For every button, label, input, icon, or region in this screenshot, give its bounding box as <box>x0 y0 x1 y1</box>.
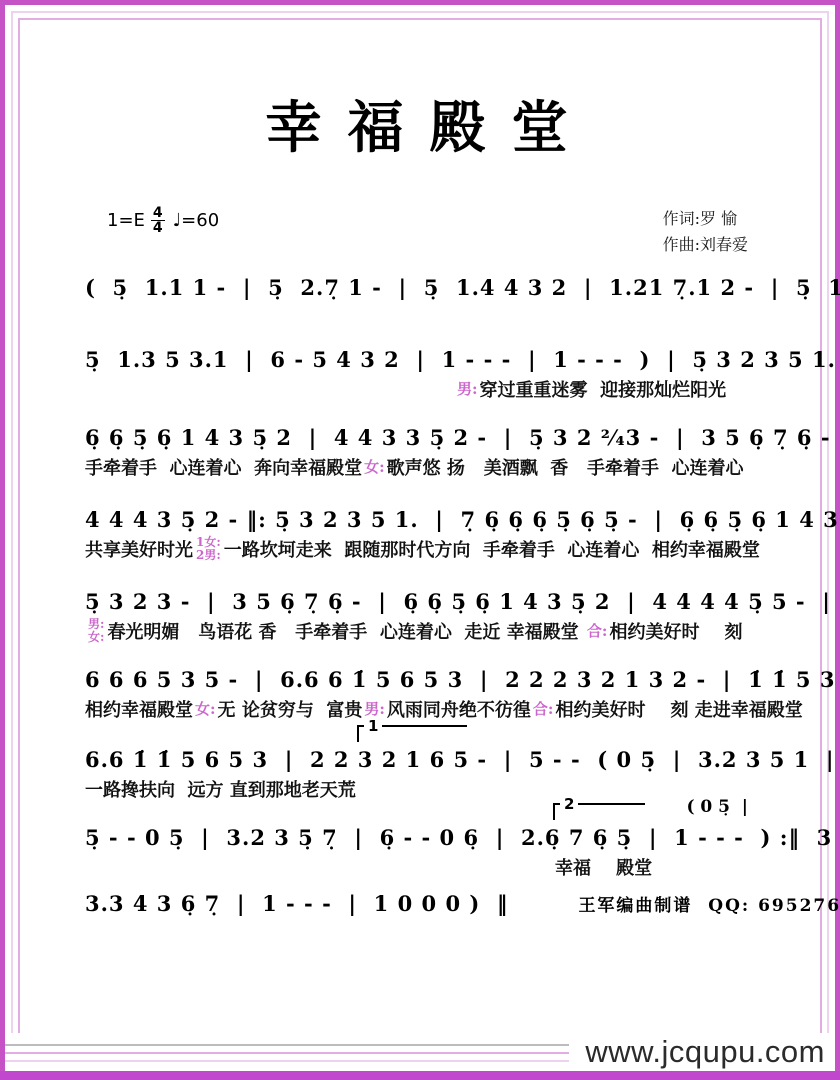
pickup-notes: ( 0 5̣ | <box>686 797 748 817</box>
notation-row: 6̣ 6̣ 5̣ 6̣ 1 4 3 5̣ 2 | 4 4 3 3 5̣ 2 - … <box>85 423 748 453</box>
volta-bracket-2: 2 <box>553 803 645 820</box>
volta-bracket-1: 1 <box>357 725 467 742</box>
notation-row: 5̣ - - 0 5̣ | 3.2 3 5̣ 7̣ | 6̣ - - 0 6̣ … <box>85 823 748 853</box>
voice-label: 女: <box>364 456 385 477</box>
voice-label: 2男: <box>196 549 221 562</box>
bottom-border <box>0 1071 840 1080</box>
watermark-strip: www.jcqupu.com <box>5 1033 835 1071</box>
voice-label-stack: 男: 女: <box>88 618 104 643</box>
lyric-text: 幸福 殿堂 <box>555 854 652 880</box>
lyric-text: 歌声悠 扬 美酒飘 香 手牵着手 心连着心 <box>387 454 744 480</box>
lyric-row: 共享美好时光 1女: 2男: 一路坎坷走来 跟随那时代方向 手牵着手 心连着心 … <box>85 536 748 561</box>
lyric-row: 手牵着手 心连着心 奔向幸福殿堂 女: 歌声悠 扬 美酒飘 香 手牵着手 心连着… <box>85 454 748 479</box>
lyric-text: 手牵着手 心连着心 奔向幸福殿堂 <box>85 454 362 480</box>
time-signature: 4 4 <box>151 206 165 235</box>
lyric-text: 无 论贫穷与 富贵 <box>218 696 363 722</box>
score-line: 4 4 4 3 5̣ 2 - ‖: 5̣ 3 2 3 5 1. | 7̣ 6̣ … <box>85 505 748 561</box>
score-line: 1 6.6 1̇ 1̇ 5 6 5 3 | 2 2 3 2 1 6 5 - | … <box>85 745 748 801</box>
notation-row: 5̣ 3 2 3 - | 3 5 6̣ 7̣ 6̣ - | 6̣ 6̣ 5̣ 6… <box>85 587 748 617</box>
tempo-marking: ♩=60 <box>173 210 219 231</box>
voice-label: 合: <box>533 698 554 719</box>
arranger-credit: 王军编曲制谱 QQ: 695276172 <box>578 891 840 921</box>
sheet-music-page: { "header": { "title": "幸福殿堂", "key": "1… <box>0 0 840 1080</box>
voice-label: 男: <box>457 378 478 399</box>
lyric-text: 一路坎坷走来 跟随那时代方向 手牵着手 心连着心 相约幸福殿堂 <box>224 536 760 562</box>
voice-label-stack: 1女: 2男: <box>196 536 221 561</box>
key-signature: 1=E 4 4 ♩=60 <box>107 206 219 235</box>
lyric-text: 相约幸福殿堂 <box>85 696 193 722</box>
lyric-text: 相约美好时 刻 走进幸福殿堂 <box>555 696 802 722</box>
lyric-row: 相约幸福殿堂 女: 无 论贫穷与 富贵 男: 风雨同舟绝不彷徨 合: 相约美好时… <box>85 696 748 721</box>
lyric-text: 相约美好时 刻 <box>609 618 742 644</box>
lyric-row: 男: 穿过重重迷雾 迎接那灿烂阳光 <box>85 376 748 401</box>
notation-row: 4 4 4 3 5̣ 2 - ‖: 5̣ 3 2 3 5 1. | 7̣ 6̣ … <box>85 505 748 535</box>
lyric-row: 幸福 殿堂 <box>85 854 748 879</box>
song-title: 幸福殿堂 <box>85 84 748 164</box>
volta-number: 2 <box>560 795 578 813</box>
score-line: 2 ( 0 5̣ | 5̣ - - 0 5̣ | 3.2 3 5̣ 7̣ | 6… <box>85 823 748 879</box>
lyricist-credit: 作词:罗 愉 <box>663 206 748 232</box>
score-line: 5̣ 1.3 5 3.1 | 6 - 5 4 3 2 | 1 - - - | 1… <box>85 345 748 401</box>
score-content: 幸福殿堂 1=E 4 4 ♩=60 作词:罗 愉 作曲:刘春爱 ( 5̣ 1.1… <box>85 0 748 919</box>
score-line: 6̣ 6̣ 5̣ 6̣ 1 4 3 5̣ 2 | 4 4 3 3 5̣ 2 - … <box>85 423 748 479</box>
notation-row: 5̣ 1.3 5 3.1 | 6 - 5 4 3 2 | 1 - - - | 1… <box>85 345 748 375</box>
lyric-row: 一路搀扶向 远方 直到那地老天荒 <box>85 776 748 801</box>
lyric-text: 一路搀扶向 远方 直到那地老天荒 <box>85 776 356 802</box>
time-signature-top: 4 <box>151 206 165 221</box>
notation-row: 6.6 1̇ 1̇ 5 6 5 3 | 2 2 3 2 1 6 5 - | 5 … <box>85 745 748 775</box>
lyric-text: 共享美好时光 <box>85 536 193 562</box>
lyric-text: 风雨同舟绝不彷徨 <box>387 696 531 722</box>
score-line: 5̣ 3 2 3 - | 3 5 6̣ 7̣ 6̣ - | 6̣ 6̣ 5̣ 6… <box>85 587 748 643</box>
meta-row: 1=E 4 4 ♩=60 作词:罗 愉 作曲:刘春爱 <box>85 206 748 257</box>
volta-number: 1 <box>364 717 382 735</box>
score-body: ( 5̣ 1.1 1 - | 5̣ 2.7̣ 1 - | 5̣ 1.4 4 3 … <box>85 273 748 919</box>
lyric-text: 穿过重重迷雾 迎接那灿烂阳光 <box>480 376 727 402</box>
voice-label: 1女: <box>196 536 221 549</box>
lyric-text: 春光明媚 鸟语花 香 手牵着手 心连着心 走近 幸福殿堂 <box>107 618 584 644</box>
voice-label: 女: <box>195 698 216 719</box>
watermark-text: www.jcqupu.com <box>569 1034 835 1070</box>
key-label: 1=E <box>107 210 145 231</box>
time-signature-bottom: 4 <box>151 221 165 235</box>
lyric-row: 男: 女: 春光明媚 鸟语花 香 手牵着手 心连着心 走近 幸福殿堂 合: 相约… <box>85 618 748 643</box>
voice-label: 男: <box>88 618 104 631</box>
score-line: 6 6 6 5 3 5 - | 6.6 6 1̇ 5 6 5 3 | 2 2 2… <box>85 665 748 721</box>
notation-row: ( 5̣ 1.1 1 - | 5̣ 2.7̣ 1 - | 5̣ 1.4 4 3 … <box>85 273 748 303</box>
notation-text: 3.3 4 3 6̣ 7̣ | 1 - - - | 1 0 0 0 ) ‖ <box>85 889 508 919</box>
notation-row: 6 6 6 5 3 5 - | 6.6 6 1̇ 5 6 5 3 | 2 2 2… <box>85 665 748 695</box>
credits-block: 作词:罗 愉 作曲:刘春爱 <box>663 206 748 257</box>
notation-row: 3.3 4 3 6̣ 7̣ | 1 - - - | 1 0 0 0 ) ‖ 王军… <box>85 889 748 919</box>
voice-label: 合: <box>587 620 608 641</box>
voice-label: 女: <box>88 631 104 644</box>
score-line: ( 5̣ 1.1 1 - | 5̣ 2.7̣ 1 - | 5̣ 1.4 4 3 … <box>85 273 748 303</box>
composer-credit: 作曲:刘春爱 <box>663 232 748 258</box>
score-line: 3.3 4 3 6̣ 7̣ | 1 - - - | 1 0 0 0 ) ‖ 王军… <box>85 889 748 919</box>
